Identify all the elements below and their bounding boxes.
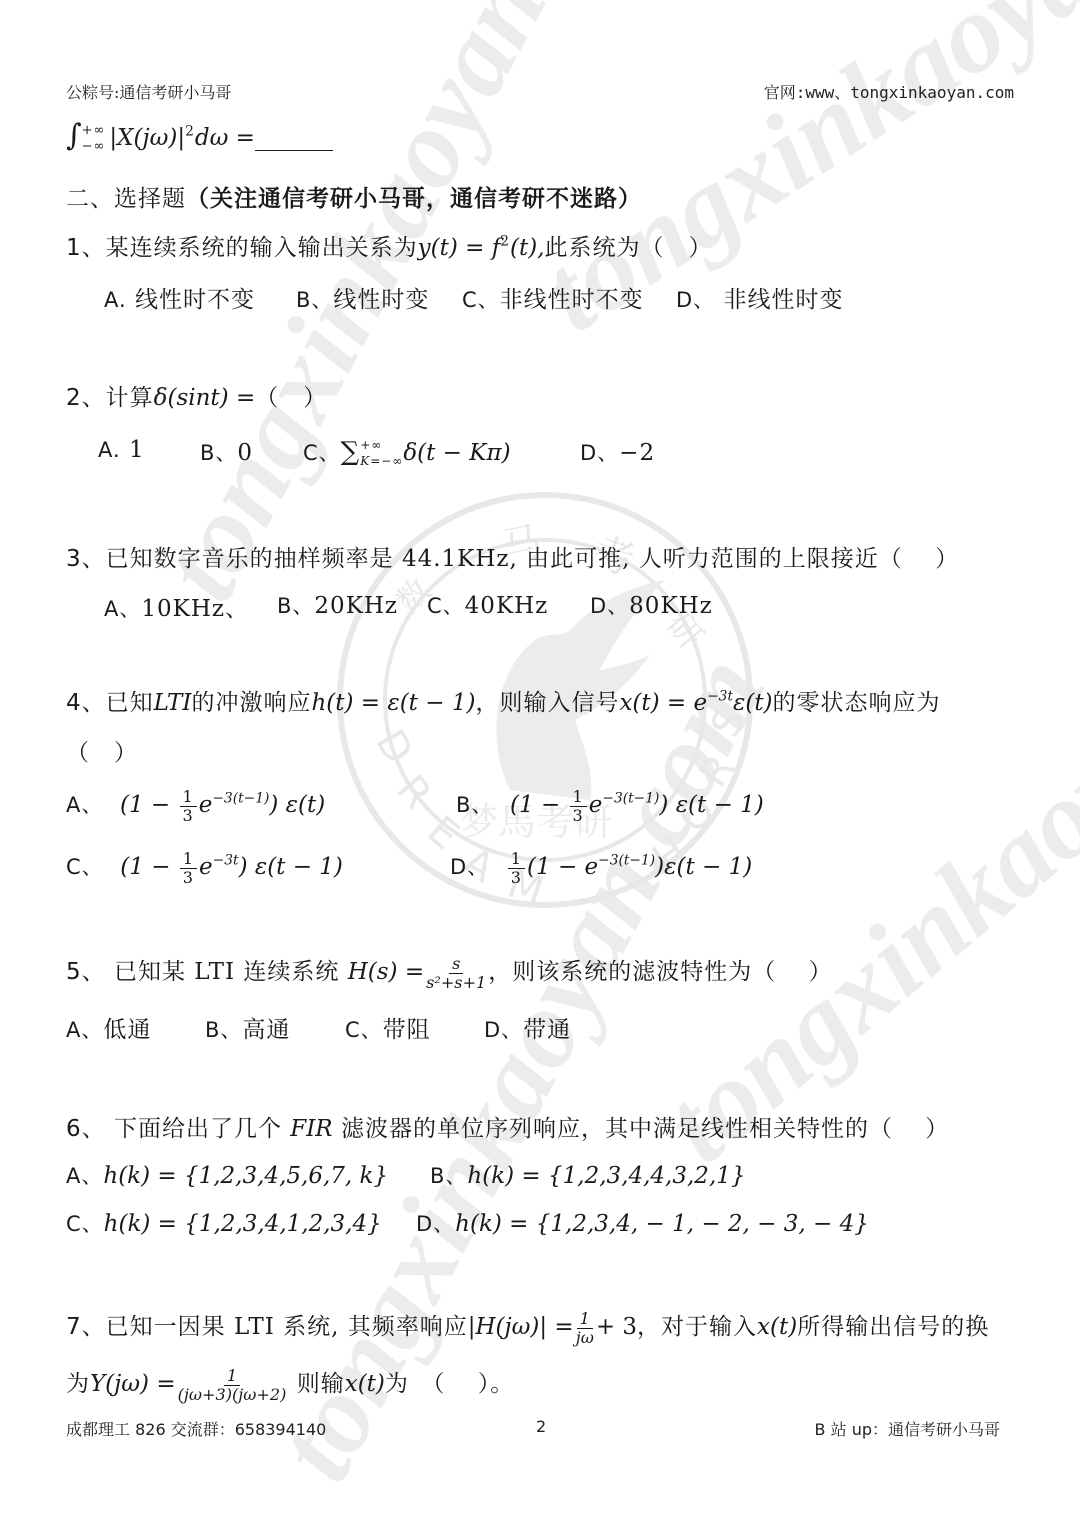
question-3-stem: 3、已知数字音乐的抽样频率是 44.1KHz, 由此可推, 人听力范围的上限接近… <box>66 540 959 573</box>
document-page: tongxinkaoyan.com tongxinkaoyan.com tong… <box>0 0 1080 1527</box>
header-wechat-account: 公粽号:通信考研小马哥 <box>66 80 231 103</box>
question-4-stem: 4、已知LTI的冲激响应h(t) = ε(t − 1)，则输入信号x(t) = … <box>66 684 941 717</box>
section-title: 二、选择题（关注通信考研小马哥，通信考研不迷路） <box>66 180 642 213</box>
question-1-option-a[interactable]: A. 线性时不变 <box>104 281 255 314</box>
question-5-stem: 5、 已知某 LTI 连续系统 H(s) =ss²+s+1，则该系统的滤波特性为… <box>66 953 833 991</box>
footer-bilibili: B 站 up：通信考研小马哥 <box>815 1417 1000 1440</box>
footer-page-number: 2 <box>536 1417 546 1436</box>
question-7-stem: 7、已知一因果 LTI 系统, 其频率响应|H(jω)| =1jω+ 3，对于输… <box>66 1308 989 1346</box>
answer-blank[interactable] <box>255 125 333 151</box>
question-2-option-d[interactable]: D、−2 <box>580 437 655 467</box>
question-3-option-b[interactable]: B、20KHz <box>277 590 398 620</box>
integral-sign: ∫ <box>66 118 82 153</box>
question-3-option-a[interactable]: A、10KHz、 <box>104 590 249 623</box>
question-2-option-c[interactable]: C、∑+∞K=−∞δ(t − Kπ) <box>303 437 511 470</box>
question-1-option-b[interactable]: B、线性时变 <box>296 281 429 314</box>
question-3-option-c[interactable]: C、40KHz <box>427 590 548 620</box>
question-5-option-a[interactable]: A、低通 <box>66 1011 151 1044</box>
footer-qq-group: 成都理工 826 交流群：658394140 <box>66 1417 326 1440</box>
section-note: （关注通信考研小马哥，通信考研不迷路） <box>186 185 642 212</box>
question-1-option-d[interactable]: D、 非线性时变 <box>676 281 843 314</box>
integral-limits: +∞−∞ <box>82 123 106 156</box>
question-4-option-b[interactable]: B、 (1 − 13e−3(t−1)) ε(t − 1) <box>456 788 764 824</box>
svg-text:R: R <box>387 767 440 818</box>
question-4-option-a[interactable]: A、 (1 − 13e−3(t−1)) ε(t) <box>66 788 325 824</box>
question-5-option-d[interactable]: D、带通 <box>484 1011 571 1044</box>
question-7-stem-line2: 为Y(jω) =1(jω+3)(jω+2) 则输x(t)为 （ ）。 <box>66 1365 514 1403</box>
question-1-stem: 1、某连续系统的输入输出关系为y(t) = f2(t),此系统为（ ） <box>66 229 713 262</box>
question-1-option-c[interactable]: C、非线性时不变 <box>462 281 644 314</box>
question-6-option-d[interactable]: D、h(k) = {1,2,3,4, − 1, − 2, − 3, − 4} <box>416 1208 869 1238</box>
question-4-stem-paren: （ ） <box>66 734 138 767</box>
question-2-option-a[interactable]: A. 1 <box>98 437 145 463</box>
question-6-stem: 6、 下面给出了几个 FIR 滤波器的单位序列响应，其中满足线性相关特性的（ ） <box>66 1110 949 1143</box>
question-6-option-c[interactable]: C、h(k) = {1,2,3,4,1,2,3,4} <box>66 1208 382 1238</box>
question-6-option-a[interactable]: A、h(k) = {1,2,3,4,5,6,7, k} <box>66 1160 388 1190</box>
question-4-option-c[interactable]: C、 (1 − 13e−3t) ε(t − 1) <box>66 850 343 886</box>
question-6-option-b[interactable]: B、h(k) = {1,2,3,4,4,3,2,1} <box>430 1160 746 1190</box>
question-2-stem: 2、计算δ(sint) =（ ） <box>66 379 327 412</box>
header-website: 官网:www、tongxinkaoyan.com <box>764 80 1014 103</box>
question-5-option-c[interactable]: C、带阻 <box>345 1011 431 1044</box>
question-4-option-d[interactable]: D、 13(1 − e−3(t−1))ε(t − 1) <box>450 850 752 886</box>
question-2-option-b[interactable]: B、0 <box>200 437 253 467</box>
svg-text:D: D <box>366 722 421 772</box>
carryover-formula: ∫+∞−∞|X(jω)|2dω = <box>66 118 333 155</box>
question-5-option-b[interactable]: B、高通 <box>205 1011 290 1044</box>
question-3-option-d[interactable]: D、80KHz <box>590 590 713 620</box>
sum-sign: ∑ <box>341 437 361 467</box>
